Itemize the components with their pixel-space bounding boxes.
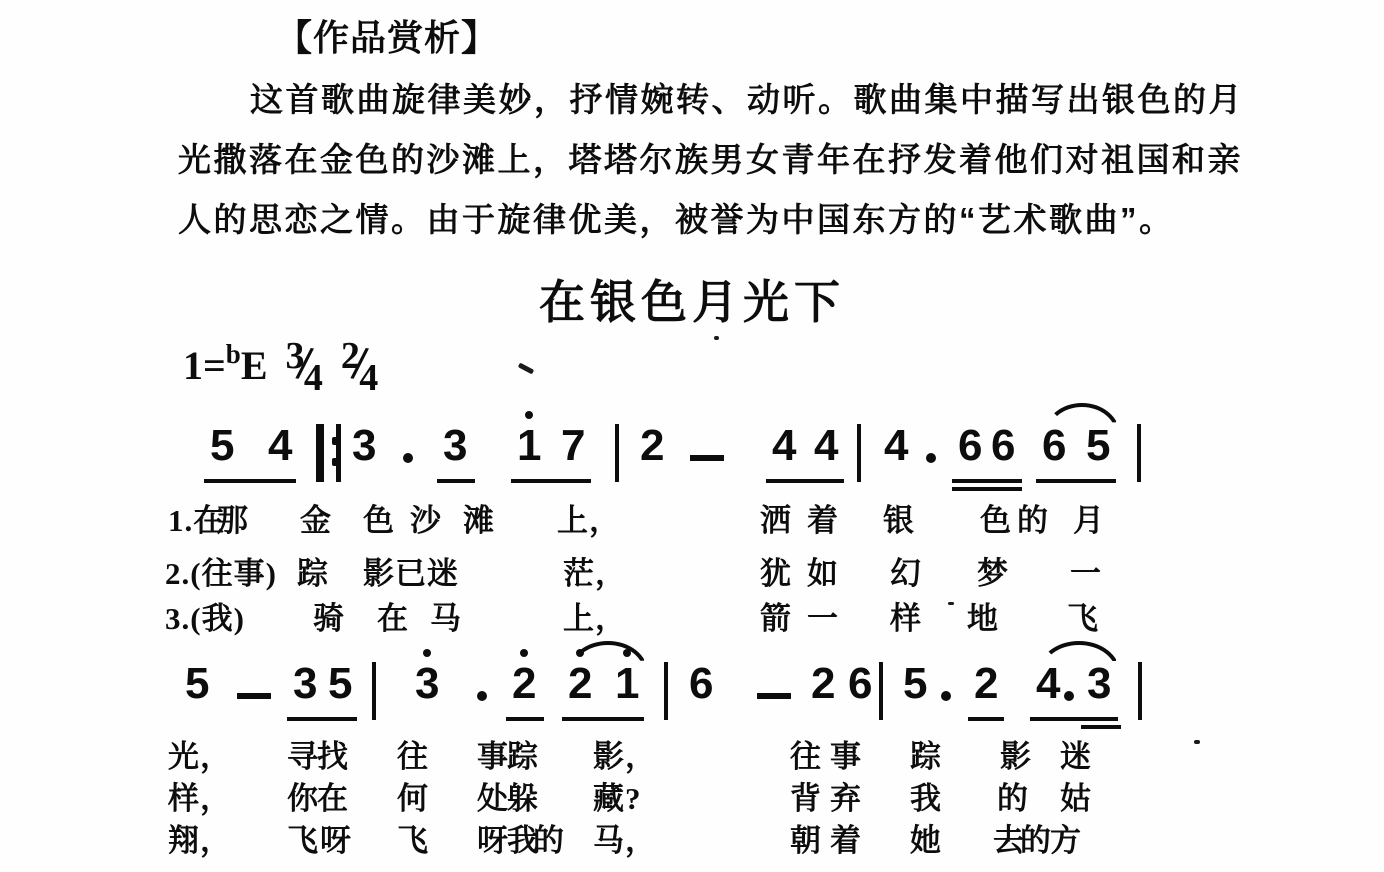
jianpu-note: 5 xyxy=(328,660,352,708)
lyric-syllable: 滩 xyxy=(463,495,495,540)
key-signature: 1=bE3/42/4 xyxy=(183,336,378,391)
lyric-syllable: 我 xyxy=(910,773,942,818)
jianpu-note: 4 xyxy=(884,422,908,470)
jianpu-note: 5 xyxy=(185,660,209,708)
lyric-syllable: 2.(往事) xyxy=(165,548,277,593)
ts1-denominator: 4 xyxy=(304,357,323,399)
jianpu-uline xyxy=(1036,479,1116,483)
jianpu-slur xyxy=(1044,403,1120,435)
lyric-syllable: 往 xyxy=(397,731,429,776)
jianpu-uline xyxy=(287,717,357,721)
jianpu-uline xyxy=(437,479,475,483)
lyric-syllable: 藏? xyxy=(593,773,642,818)
lyric-syllable: 飞 xyxy=(287,815,319,860)
jianpu-note: 3 xyxy=(415,660,439,708)
lyric-syllable: 色 xyxy=(363,495,395,540)
music-line-2: 53532216265243 xyxy=(0,650,1384,742)
lyric-syllable: 月 xyxy=(1073,495,1105,540)
jianpu-note: 6 xyxy=(689,660,713,708)
jianpu-note: 1 xyxy=(517,422,541,470)
jianpu-note: 6 xyxy=(848,660,872,708)
lyric-syllable: 着 xyxy=(830,815,862,860)
jianpu-note: 3 xyxy=(352,422,376,470)
appreciation-heading: 【作品赏析】 xyxy=(276,10,498,61)
lyric-syllable: 背 xyxy=(790,773,822,818)
scan-speck xyxy=(518,363,534,375)
lyric-syllable: 弃 xyxy=(830,773,862,818)
jianpu-note: 2 xyxy=(974,660,998,708)
jianpu-dash xyxy=(757,693,791,699)
appreciation-line-1: 这首歌曲旋律美妙，抒情婉转、动听。歌曲集中描写出银色的月 xyxy=(250,74,1244,121)
jianpu-uline xyxy=(562,717,644,721)
sheet-canvas: 【作品赏析】 这首歌曲旋律美妙，抒情婉转、动听。歌曲集中描写出银色的月 光撒落在… xyxy=(0,0,1384,872)
jianpu-uline xyxy=(511,479,591,483)
jianpu-uline xyxy=(968,717,1004,721)
jianpu-uline xyxy=(1081,725,1121,729)
jianpu-dash xyxy=(690,455,724,461)
scan-speck xyxy=(948,602,954,605)
jianpu-note: 6 xyxy=(991,422,1015,470)
lyric-row-verse-1a: 1.在那金色沙滩上，洒着银色的月 xyxy=(0,495,1384,537)
lyric-syllable: 呀 xyxy=(320,815,352,860)
lyric-syllable: 在 xyxy=(317,773,349,818)
lyric-syllable: 骑 xyxy=(313,593,345,638)
lyric-syllable: 如 xyxy=(807,548,839,593)
lyric-syllable: 找 xyxy=(317,731,349,776)
lyric-syllable: 何 xyxy=(397,773,429,818)
jianpu-bar xyxy=(664,662,668,720)
jianpu-note: 2 xyxy=(640,422,664,470)
lyric-syllable: 的 xyxy=(1017,495,1049,540)
lyric-syllable: 方 xyxy=(1050,815,1082,860)
lyric-syllable: 光， xyxy=(168,731,232,776)
lyric-syllable: 梦 xyxy=(977,548,1009,593)
jianpu-uline xyxy=(952,487,1022,491)
time-signature-2: 2/4 xyxy=(341,336,378,391)
lyric-syllable: 寻 xyxy=(287,731,319,776)
jianpu-bar xyxy=(879,662,883,720)
key-note: E xyxy=(241,343,268,388)
jianpu-slur xyxy=(1038,641,1120,673)
jianpu-dash xyxy=(237,693,271,699)
lyric-syllable: 一 xyxy=(1070,548,1102,593)
lyric-syllable: 箭 xyxy=(760,593,792,638)
jianpu-uline xyxy=(506,717,544,721)
jianpu-bar xyxy=(1138,662,1142,720)
jianpu-slur xyxy=(568,641,648,673)
lyric-syllable: 犹 xyxy=(760,548,792,593)
lyric-syllable: 飞 xyxy=(1067,593,1099,638)
lyric-syllable: 影 xyxy=(1000,731,1032,776)
jianpu-note: 7 xyxy=(561,422,585,470)
jianpu-note: 5 xyxy=(903,660,927,708)
jianpu-note: 4 xyxy=(268,422,292,470)
lyric-syllable: 在 xyxy=(377,593,409,638)
lyric-row-verse-2a: 2.(往事)踪影已迷茫，犹如幻梦一 xyxy=(0,548,1384,590)
lyric-row-verse-3a: 3.(我)骑在马上，箭一样地飞 xyxy=(0,593,1384,635)
jianpu-bar xyxy=(615,424,619,482)
lyric-syllable: 她 xyxy=(910,815,942,860)
lyric-syllable: 处 xyxy=(477,773,509,818)
lyric-syllable: 一 xyxy=(807,593,839,638)
jianpu-bar xyxy=(372,662,376,720)
lyric-syllable: 洒 xyxy=(760,495,792,540)
lyric-syllable: 金 xyxy=(300,495,332,540)
lyric-syllable: 样， xyxy=(168,773,232,818)
jianpu-uline xyxy=(204,479,296,483)
jianpu-rep xyxy=(316,424,341,482)
lyric-syllable: 朝 xyxy=(790,815,822,860)
jianpu-note: 6 xyxy=(958,422,982,470)
jianpu-dot xyxy=(477,691,487,701)
lyric-syllable: 迷 xyxy=(1060,731,1092,776)
lyric-syllable: 的 xyxy=(997,773,1029,818)
time-signature-1: 3/4 xyxy=(286,336,323,391)
appreciation-line-2: 光撒落在金色的沙滩上，塔塔尔族男女青年在抒发着他们对祖国和亲 xyxy=(178,134,1243,181)
lyric-syllable: 样 xyxy=(890,593,922,638)
lyric-syllable: 呀 xyxy=(477,815,509,860)
octave-dot xyxy=(423,649,431,657)
lyric-syllable: 的 xyxy=(533,815,565,860)
jianpu-note: 3 xyxy=(293,660,317,708)
lyric-syllable: 踪 xyxy=(297,548,329,593)
jianpu-uline xyxy=(1030,717,1118,721)
lyric-syllable: 姑 xyxy=(1060,773,1092,818)
lyric-syllable: 银 xyxy=(883,495,915,540)
lyric-syllable: 地 xyxy=(967,593,999,638)
music-line-1: 54331724446665 xyxy=(0,412,1384,504)
lyric-syllable: 那 xyxy=(217,495,249,540)
lyric-syllable: 躲 xyxy=(507,773,539,818)
lyric-syllable: 上， xyxy=(557,495,621,540)
jianpu-dot xyxy=(941,691,951,701)
jianpu-bar xyxy=(857,424,861,482)
jianpu-note: 2 xyxy=(512,660,536,708)
lyric-syllable: 的 xyxy=(1020,815,1052,860)
jianpu-uline xyxy=(952,479,1022,483)
lyric-syllable: 影已迷 xyxy=(363,548,459,593)
jianpu-note: 5 xyxy=(210,422,234,470)
lyric-row-verse-1b: 光，寻找往事踪影，往事踪影迷 xyxy=(0,731,1384,773)
jianpu-note: 4 xyxy=(814,422,838,470)
lyric-syllable: 马 xyxy=(430,593,462,638)
jianpu-note: 3 xyxy=(443,422,467,470)
jianpu-note: 2 xyxy=(811,660,835,708)
ts2-denominator: 4 xyxy=(359,357,378,399)
lyric-syllable: 踪 xyxy=(507,731,539,776)
scan-speck xyxy=(1194,740,1200,744)
lyric-syllable: 色 xyxy=(980,495,1012,540)
lyric-syllable: 事 xyxy=(477,731,509,776)
lyric-syllable: 茫， xyxy=(563,548,627,593)
lyric-syllable: 马， xyxy=(593,815,657,860)
jianpu-bar xyxy=(1137,424,1141,482)
lyric-syllable: 上， xyxy=(563,593,627,638)
appreciation-line-3: 人的思恋之情。由于旋律优美，被誉为中国东方的“艺术歌曲”。 xyxy=(178,194,1175,241)
scan-speck xyxy=(714,336,719,340)
octave-dot xyxy=(520,649,528,657)
octave-dot xyxy=(525,411,533,419)
lyric-syllable: 你 xyxy=(287,773,319,818)
key-prefix: 1= xyxy=(183,343,226,388)
song-title: 在银色月光下 xyxy=(0,266,1384,332)
lyric-syllable: 翔， xyxy=(168,815,232,860)
lyric-syllable: 往 xyxy=(790,731,822,776)
lyric-syllable: 影， xyxy=(593,731,657,776)
lyric-syllable: 幻 xyxy=(890,548,922,593)
flat-sign: b xyxy=(226,339,241,369)
lyric-syllable: 3.(我) xyxy=(165,593,245,638)
lyric-syllable: 踪 xyxy=(910,731,942,776)
jianpu-dot xyxy=(926,453,936,463)
jianpu-uline xyxy=(766,479,844,483)
lyric-syllable: 飞 xyxy=(397,815,429,860)
jianpu-note: 4 xyxy=(772,422,796,470)
lyric-row-verse-2b: 样，你在何处躲藏?背弃我的姑 xyxy=(0,773,1384,815)
jianpu-dot xyxy=(403,453,413,463)
lyric-syllable: 着 xyxy=(807,495,839,540)
jianpu-dot xyxy=(1064,691,1074,701)
lyric-syllable: 事 xyxy=(830,731,862,776)
lyric-syllable: 沙 xyxy=(410,495,442,540)
lyric-row-verse-3b: 翔，飞呀飞呀我的马，朝着她去的方 xyxy=(0,815,1384,857)
